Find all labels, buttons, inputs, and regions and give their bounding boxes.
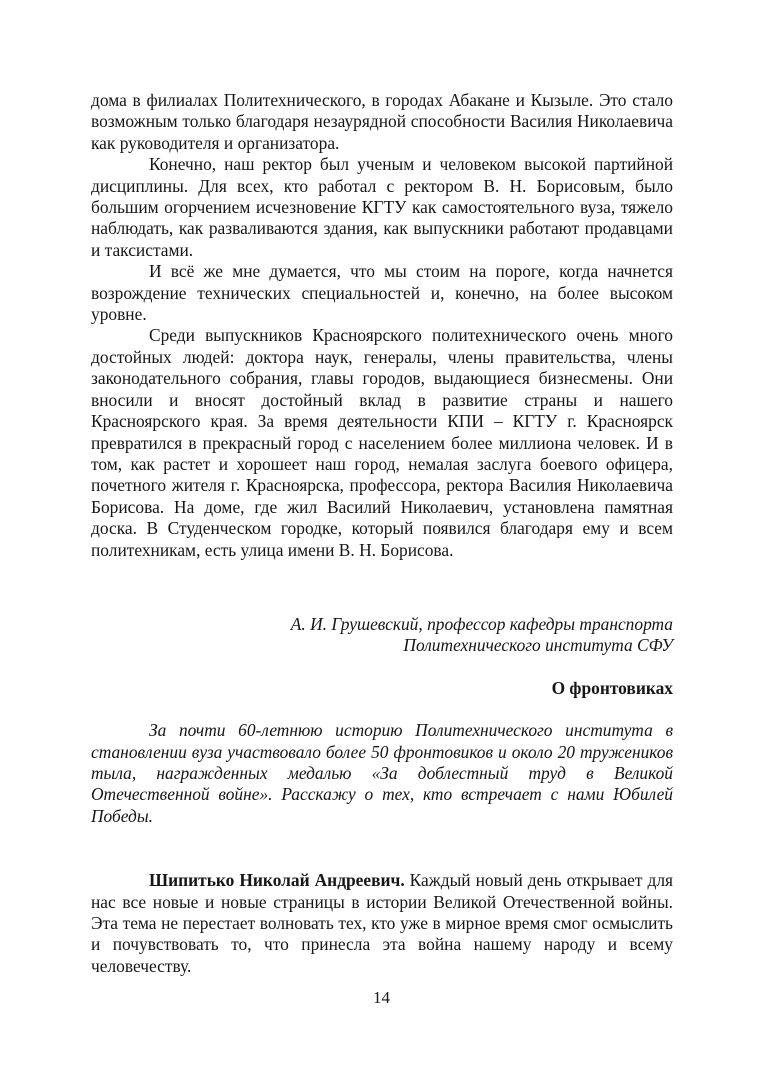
spacer xyxy=(91,827,673,870)
paragraph-graduates: Среди выпускников Красноярского политехн… xyxy=(91,325,673,560)
spacer xyxy=(91,699,673,720)
section-title: О фронтовиках xyxy=(91,678,673,699)
section-intro: За почти 60-летнюю историю Политехническ… xyxy=(91,720,673,827)
author-line-1: А. И. Грушевский, профессор кафедры тран… xyxy=(91,614,673,635)
paragraph-revival: И всё же мне думается, что мы стоим на п… xyxy=(91,261,673,325)
author-line-2: Политехнического института СФУ xyxy=(91,635,673,656)
paragraph-continuation: дома в филиалах Политехнического, в горо… xyxy=(91,90,673,154)
author-signature: А. И. Грушевский, профессор кафедры тран… xyxy=(91,614,673,657)
page-number: 14 xyxy=(0,988,763,1008)
paragraph-rector-discipline: Конечно, наш ректор был ученым и человек… xyxy=(91,154,673,261)
spacer xyxy=(91,561,673,614)
paragraph-bio: Шипитько Николай Андреевич. Каждый новый… xyxy=(91,870,673,977)
bio-name: Шипитько Николай Андреевич. xyxy=(149,870,405,890)
spacer xyxy=(91,657,673,678)
document-page: дома в филиалах Политехнического, в горо… xyxy=(91,90,673,977)
